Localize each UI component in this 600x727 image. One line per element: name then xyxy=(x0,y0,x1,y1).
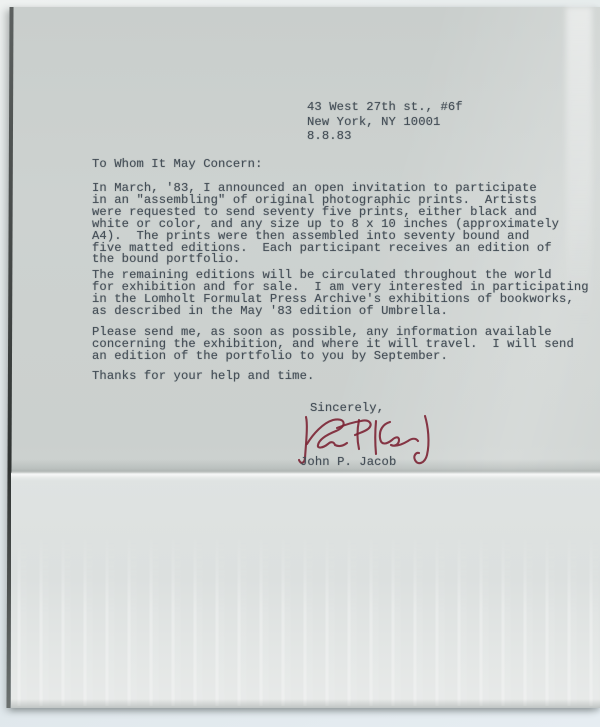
paragraph-2: The remaining editions will be circulate… xyxy=(92,270,589,318)
paragraph-1: In March, '83, I announced an open invit… xyxy=(92,183,559,266)
photo-of-letter: 43 West 27th st., #6f New York, NY 10001… xyxy=(0,0,600,727)
closing-line: Thanks for your help and time. xyxy=(92,371,314,383)
paragraph-3: Please send me, as soon as possible, any… xyxy=(92,327,574,363)
paper-bottom-edge-shadow xyxy=(11,699,600,708)
salutation: To Whom It May Concern: xyxy=(92,159,263,171)
typed-signature-name: John P. Jacob xyxy=(300,457,396,469)
sender-address-block: 43 West 27th st., #6f New York, NY 10001… xyxy=(307,100,463,144)
paper-texture-streaks xyxy=(11,536,600,706)
